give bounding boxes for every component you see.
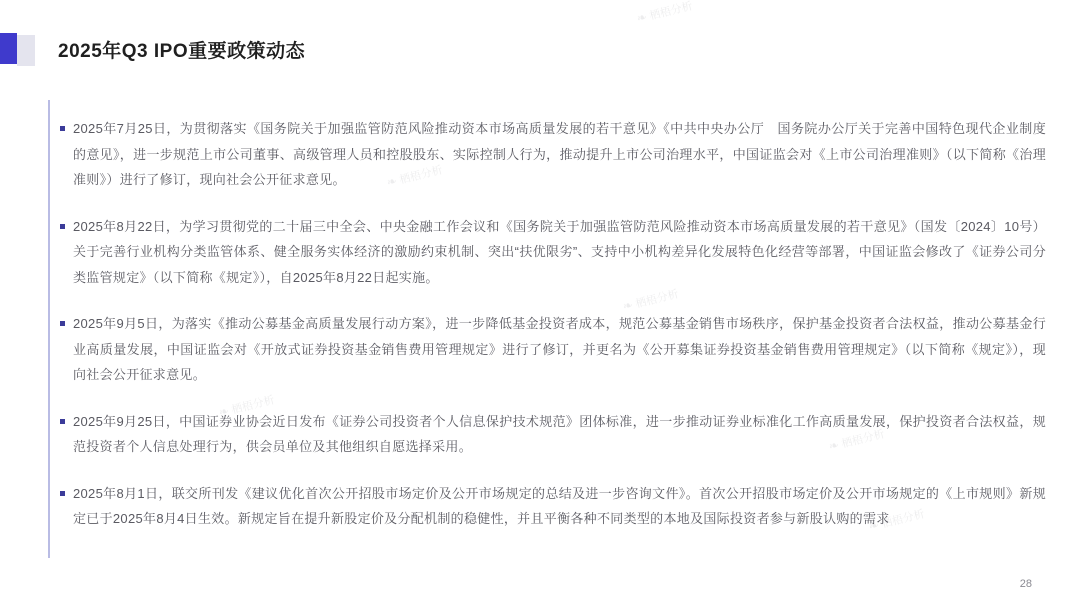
bullet-item-1: 2025年7月25日，为贯彻落实《国务院关于加强监管防范风险推动资本市场高质量发… [60, 116, 1046, 193]
slide: 2025年Q3 IPO重要政策动态 2025年7月25日，为贯彻落实《国务院关于… [0, 0, 1080, 608]
accent-square-gray [17, 35, 35, 66]
bullet-square-icon [60, 419, 65, 424]
page-number: 28 [1020, 578, 1032, 590]
bullet-text-5: 2025年8月1日，联交所刊发《建议优化首次公开招股市场定价及公开市场规定的总结… [73, 481, 1046, 532]
bullet-square-icon [60, 491, 65, 496]
watermark-logo-icon: ❧ [635, 10, 648, 26]
policy-bullet-list: 2025年7月25日，为贯彻落实《国务院关于加强监管防范风险推动资本市场高质量发… [60, 116, 1046, 553]
bullet-square-icon [60, 126, 65, 131]
watermark: ❧ 栖梧分析 [635, 0, 694, 27]
bullet-item-4: 2025年9月25日，中国证券业协会近日发布《证券公司投资者个人信息保护技术规范… [60, 409, 1046, 460]
page-title: 2025年Q3 IPO重要政策动态 [58, 36, 305, 63]
bullet-item-3: 2025年9月5日，为落实《推动公募基金高质量发展行动方案》，进一步降低基金投资… [60, 311, 1046, 388]
title-accent-decoration [0, 33, 40, 69]
bullet-text-1: 2025年7月25日，为贯彻落实《国务院关于加强监管防范风险推动资本市场高质量发… [73, 116, 1046, 193]
bullet-item-2: 2025年8月22日，为学习贯彻党的二十届三中全会、中央金融工作会议和《国务院关… [60, 214, 1046, 291]
bullet-text-4: 2025年9月25日，中国证券业协会近日发布《证券公司投资者个人信息保护技术规范… [73, 409, 1046, 460]
bullet-text-3: 2025年9月5日，为落实《推动公募基金高质量发展行动方案》，进一步降低基金投资… [73, 311, 1046, 388]
left-vertical-rule [48, 100, 50, 558]
accent-square-blue [0, 33, 17, 64]
bullet-item-5: 2025年8月1日，联交所刊发《建议优化首次公开招股市场定价及公开市场规定的总结… [60, 481, 1046, 532]
bullet-text-2: 2025年8月22日，为学习贯彻党的二十届三中全会、中央金融工作会议和《国务院关… [73, 214, 1046, 291]
bullet-square-icon [60, 224, 65, 229]
watermark-text: 栖梧分析 [648, 0, 695, 24]
bullet-square-icon [60, 321, 65, 326]
